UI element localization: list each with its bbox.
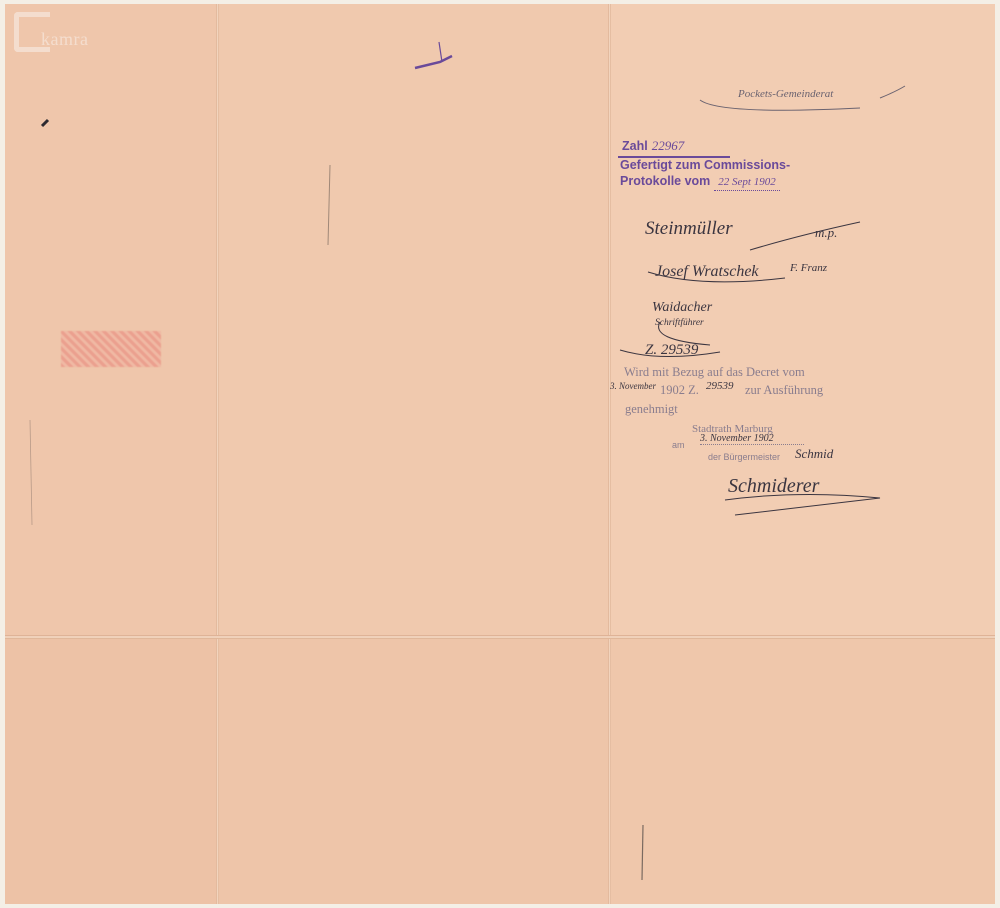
red-stamp-mark: [61, 331, 161, 367]
signature-1-extra: m.p.: [815, 225, 837, 241]
panel-bottom-left: [5, 638, 217, 904]
signature-2-extra: F. Franz: [790, 262, 827, 274]
panel-bottom-right: [611, 638, 995, 904]
protokolle-label: Protokolle vom: [620, 173, 710, 189]
fold-line-vertical-2: [608, 4, 611, 904]
stamp-line-2: Gefertigt zum Commissions-: [620, 157, 790, 173]
approval-date-handwritten: 3. November: [610, 381, 656, 391]
reference-number: Z. 29539: [645, 342, 698, 359]
zahl-label: Zahl: [622, 138, 648, 154]
signature-1: Steinmüller: [645, 218, 733, 240]
signature-3: Waidacher: [652, 300, 712, 316]
panel-bottom-middle: [219, 638, 609, 904]
approval-line-3: genehmigt: [625, 402, 678, 417]
approval-number-handwritten: 29539: [706, 380, 734, 392]
approval-line-1: Wird mit Bezug auf das Decret vom: [624, 365, 805, 380]
signature-2: Josef Wratschek: [655, 263, 759, 281]
panel-top-left: [5, 4, 217, 636]
mayor-handwritten: Schmid: [795, 446, 833, 462]
final-signature: Schmiderer: [728, 475, 819, 498]
header-note: Pockets-Gemeinderat: [738, 88, 833, 100]
mayor-label: der Bürgermeister: [708, 452, 780, 462]
am-label: am: [672, 440, 685, 450]
fold-line-horizontal: [5, 635, 995, 639]
commission-stamp: Zahl 22967 Gefertigt zum Commissions- Pr…: [620, 138, 790, 191]
document-sheet: [5, 4, 995, 904]
kamra-watermark-logo: kamra: [14, 12, 88, 52]
approval-year: 1902 Z.: [660, 383, 699, 398]
protokolle-date: 22 Sept 1902: [714, 174, 779, 191]
am-date: 3. November 1902: [700, 433, 804, 445]
signature-3-extra: Schriftführer: [655, 318, 704, 328]
kamra-logo-icon: [14, 12, 45, 52]
panel-top-middle: [219, 4, 609, 636]
zahl-value: 22967: [652, 138, 685, 154]
fold-line-vertical-1: [216, 4, 219, 904]
zahl-underline: [618, 156, 730, 158]
approval-line-2-tail: zur Ausführung: [745, 383, 823, 398]
